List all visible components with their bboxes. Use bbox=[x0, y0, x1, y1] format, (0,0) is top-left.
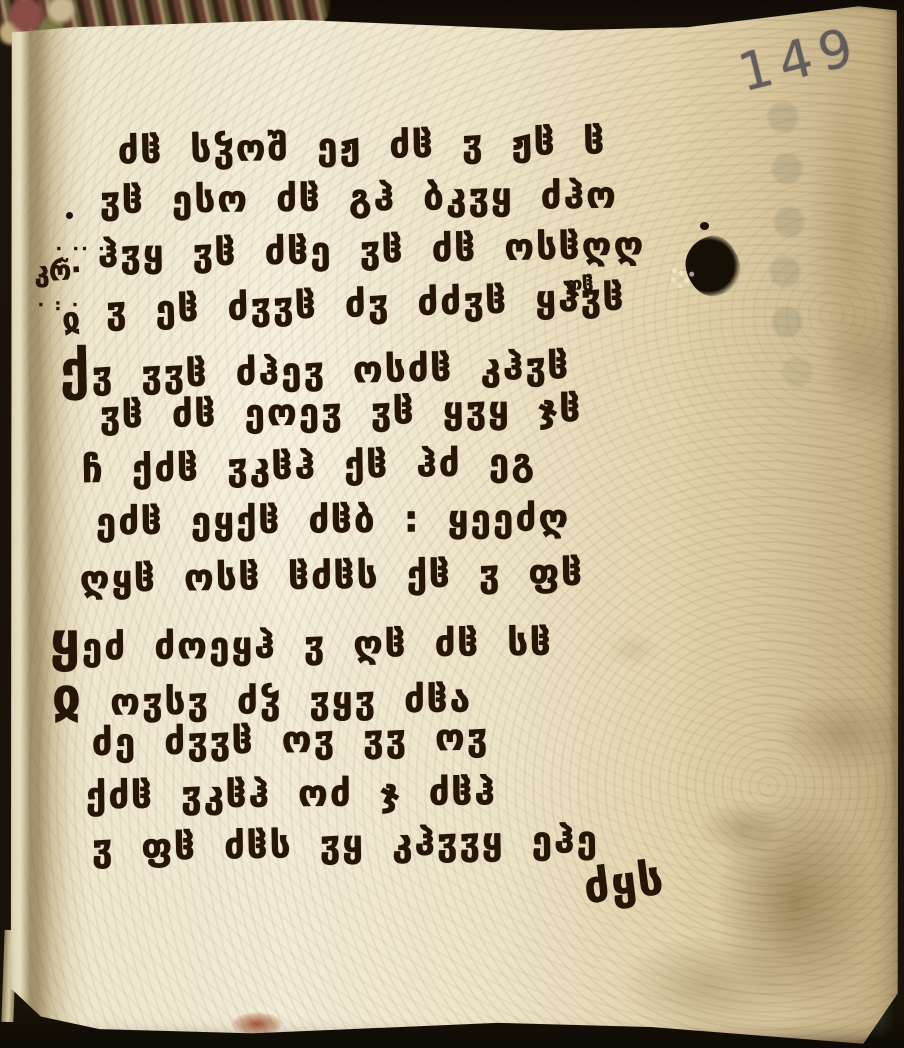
manuscript-line: ჳჱ ესო ძჱ გჰ ბკჳყ ძჰო bbox=[100, 175, 619, 221]
manuscript-text-block: · ·· · კრ̃· · : · ჲ ღჱ̃ ძყს ძჱ სჴოშ ეჟ ძ… bbox=[0, 0, 904, 1048]
manuscript-line: ჳჱ ძჱ ეოეჳ ჳჱ ყჳყ ჯჱ bbox=[100, 389, 583, 437]
manuscript-photo: 149 · ·· · კრ̃· · : · ჲ ღჱ̃ ძყს ძჱ სჴოშ … bbox=[0, 0, 904, 1048]
manuscript-line: ჩ ქძჱ ჳკჱჰ ქჱ ჰძ ეგ bbox=[82, 442, 537, 491]
manuscript-line: ჰჳყ ჳჱ ძჱე ჳჱ ძჱ ოსჱღღ bbox=[98, 225, 646, 276]
manuscript-line: ძჱ სჴოშ ეჟ ძჱ ჳ ჟჱ ჱ bbox=[118, 121, 607, 172]
manuscript-line: ჳ ეჱ ძჳჳჱ ძჳ ძძჳჱ ყჰჳჱ bbox=[106, 277, 627, 332]
manuscript-line: ღყჱ ოსჱ ჱძჱს ქჱ ჳ ფჱ bbox=[80, 552, 585, 600]
manuscript-line: ეძჱ ეყქჱ ძჱბ : ყეეძღ bbox=[96, 498, 571, 543]
manuscript-line: ქძჱ ჳკჱჰ ოძ ჯ ძჱჰ bbox=[86, 772, 497, 817]
manuscript-line: ძე ძჳჳჱ ოჳ ჳჳ ოჳ bbox=[92, 717, 490, 764]
margin-note-hook: ჲ bbox=[60, 299, 82, 339]
line-end-flourish: ძყს bbox=[581, 853, 667, 913]
manuscript-line: ყეძ ძოეყჰ ჳ ღჱ ძჱ სჱ bbox=[50, 607, 554, 672]
manuscript-line: ჳ ფჱ ძჱს ჳყ კჰჳჳყ ეჰე bbox=[92, 820, 600, 870]
margin-note: კრ̃· bbox=[33, 254, 83, 288]
